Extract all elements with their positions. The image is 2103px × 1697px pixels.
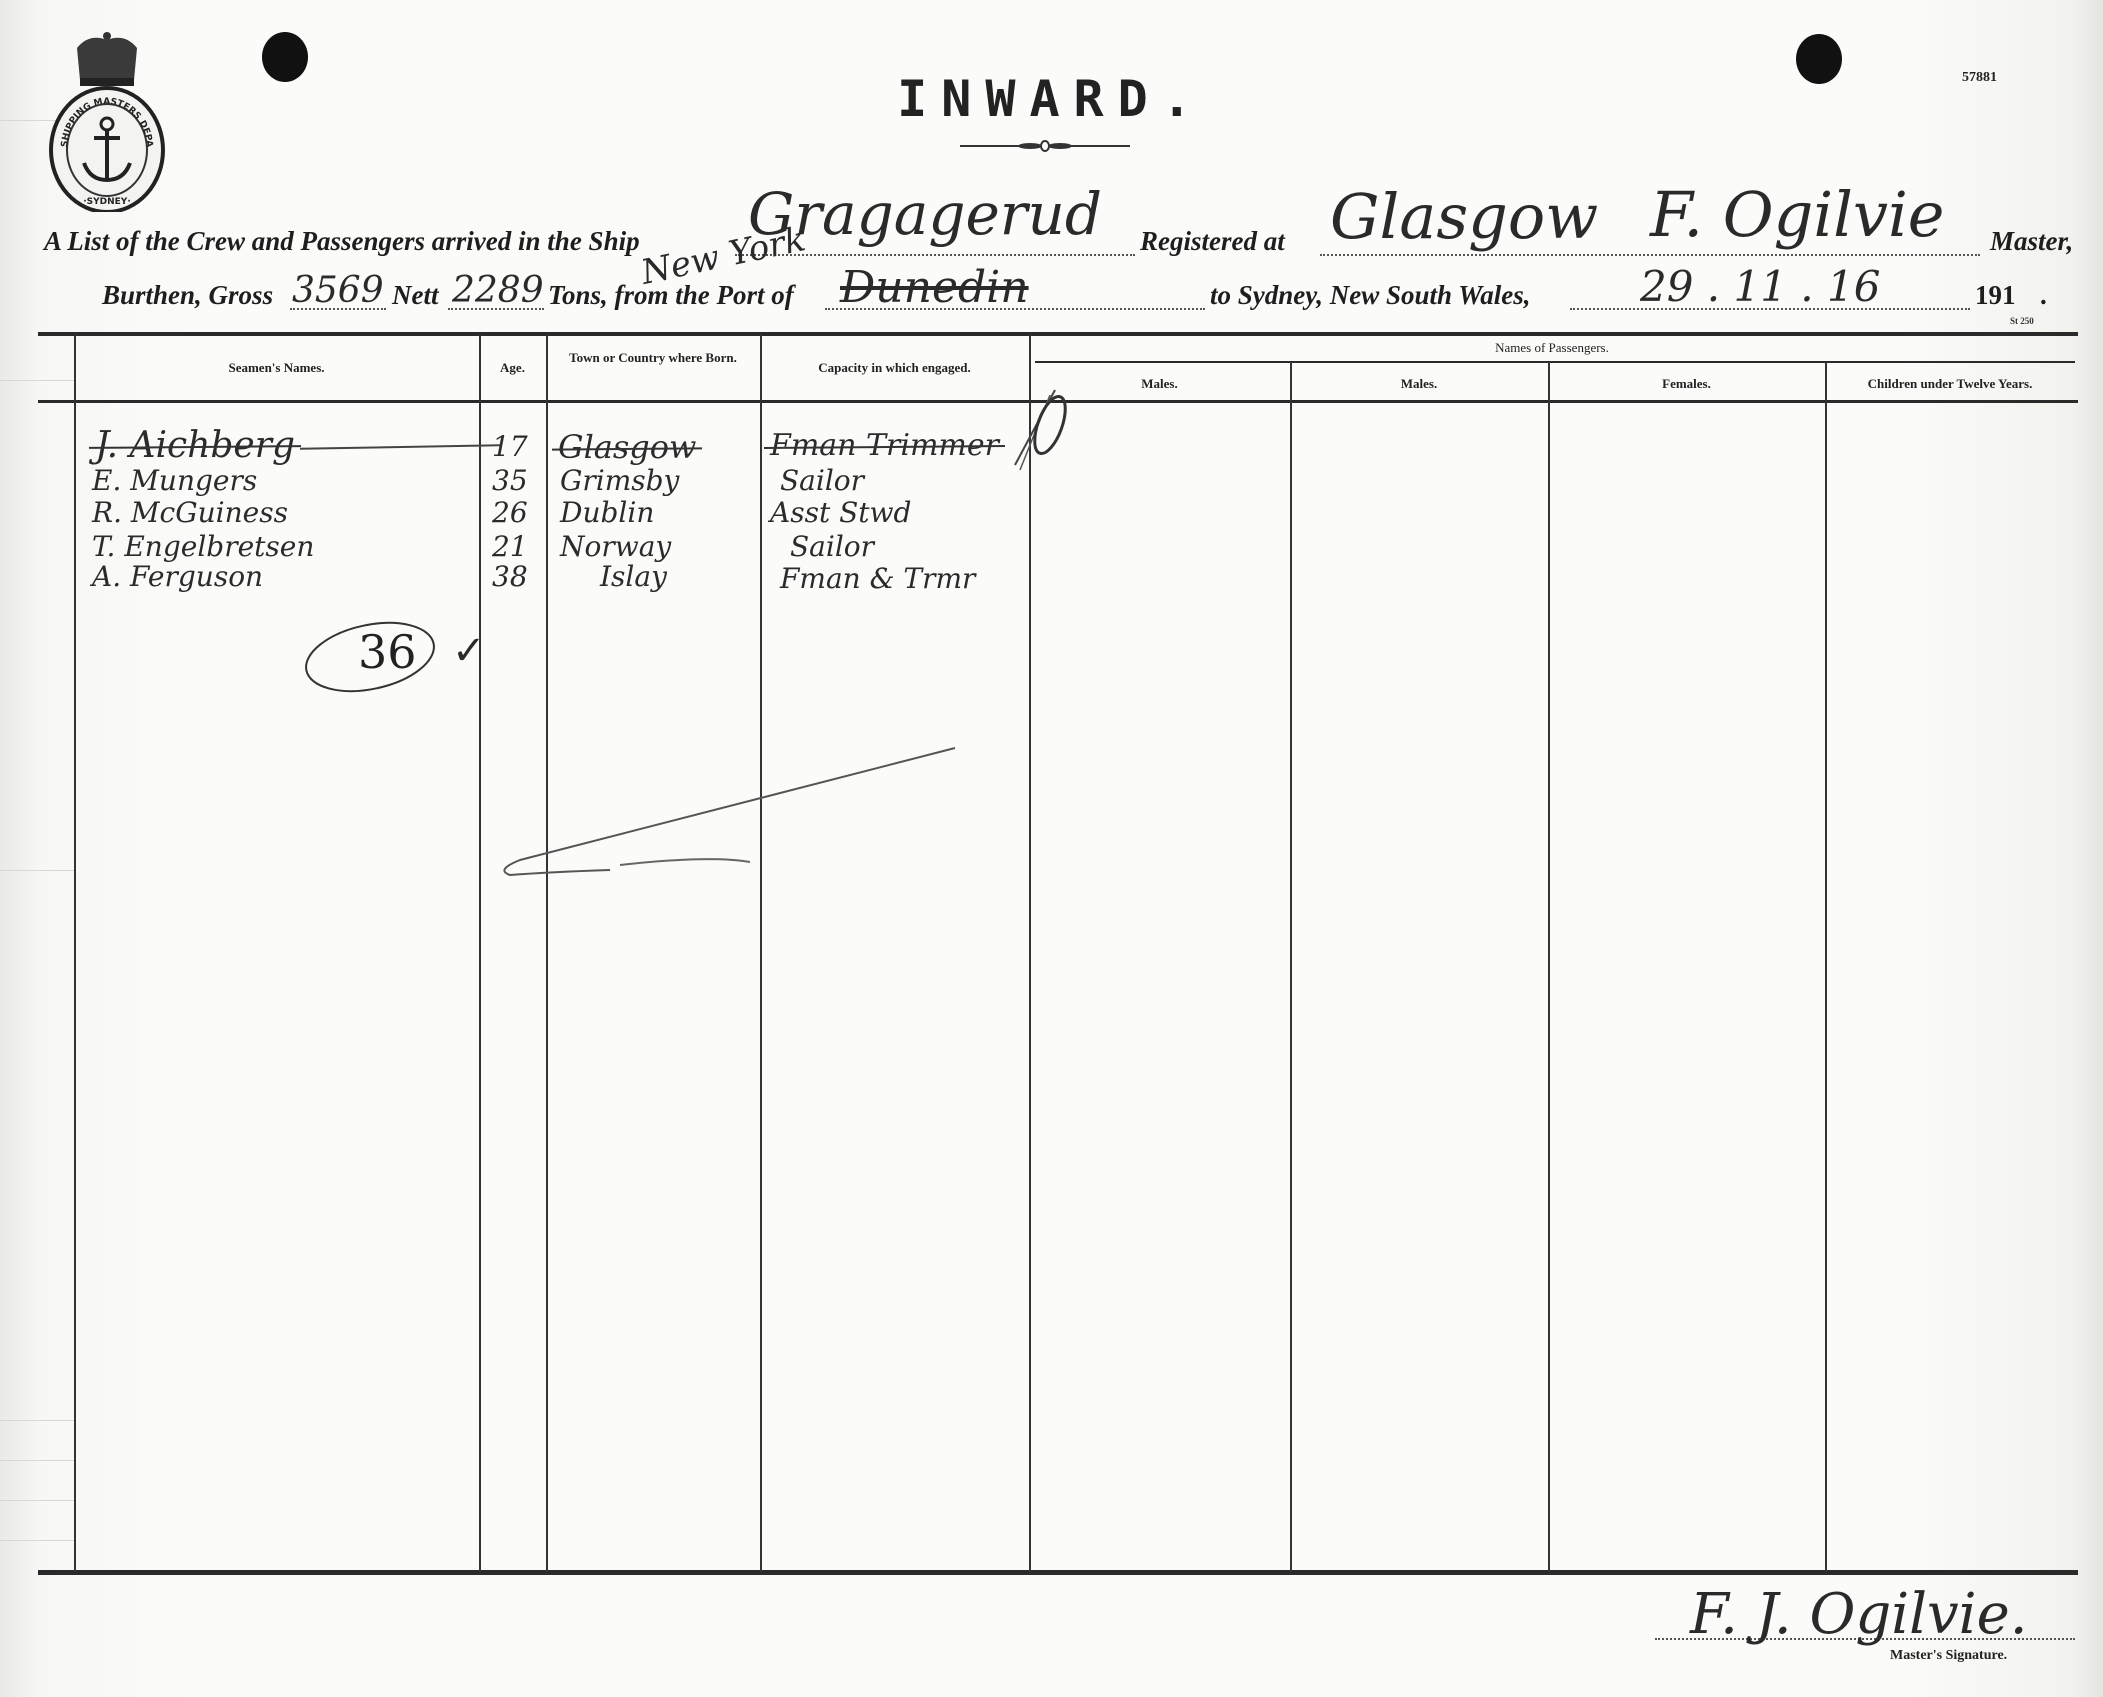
column-divider (546, 334, 548, 1572)
crew-age: 26 (492, 496, 528, 529)
crew-born: Dublin (560, 496, 654, 529)
master-signature-label: Master's Signature. (1890, 1648, 2007, 1664)
crew-capacity: Asst Stwd (770, 496, 911, 529)
margin-rule (0, 1540, 75, 1541)
header-males-2: Males. (1290, 376, 1548, 391)
table-top-rule (38, 332, 2078, 336)
port-original-value[interactable]: Dunedin (840, 262, 1029, 313)
list-heading-prefix: A List of the Crew and Passengers arrive… (44, 226, 640, 257)
year-suffix: . (2040, 280, 2047, 311)
margin-rule (0, 380, 75, 381)
form-code: St 250 (2010, 316, 2034, 326)
crew-capacity: Fman & Trmr (780, 562, 975, 595)
burthen-gross-label: Burthen, Gross (102, 280, 273, 311)
master-name-value[interactable]: F. Ogilvie (1650, 178, 1945, 251)
margin-scribble-mark (1010, 385, 1070, 475)
margin-rule (0, 870, 75, 871)
registered-at-label: Registered at (1140, 226, 1285, 257)
column-divider (1290, 362, 1292, 1572)
crew-born: Norway (560, 530, 671, 563)
crew-age: 21 (492, 530, 528, 563)
crew-name: T. Engelbretsen (92, 530, 314, 563)
crew-capacity: Sailor (790, 530, 874, 563)
form-page: SHIPPING MASTERS DEPARTMENT ·SYDNEY· INW… (0, 0, 2103, 1697)
check-mark-icon: ✓ (452, 628, 486, 674)
passengers-subheader-rule (1035, 361, 2075, 363)
page-title: INWARD. (0, 70, 2103, 128)
margin-rule (0, 1420, 75, 1421)
crew-born: Glasgow (558, 428, 696, 466)
crew-name: A. Ferguson (92, 560, 263, 593)
registered-port-field-line (1320, 254, 1980, 256)
diagonal-cancel-stroke (490, 740, 960, 880)
nett-tons-value[interactable]: 2289 (452, 270, 544, 311)
circled-total-value: 36 (358, 625, 417, 679)
margin-rule (0, 1460, 75, 1461)
crew-age: 35 (492, 464, 528, 497)
margin-rule (0, 1500, 75, 1501)
master-signature-value[interactable]: F. J. Ogilvie. (1690, 1582, 2028, 1647)
column-divider (1825, 362, 1827, 1572)
table-bottom-rule (38, 1570, 2078, 1575)
svg-text:·SYDNEY·: ·SYDNEY· (83, 197, 131, 207)
crew-name: E. Mungers (92, 464, 257, 497)
to-sydney-label: to Sydney, New South Wales, (1210, 280, 1531, 311)
header-females: Females. (1548, 376, 1825, 391)
column-divider (1029, 334, 1031, 1572)
title-ornament-divider (960, 140, 1130, 152)
column-divider (74, 334, 76, 1572)
year-prefix: 191 (1975, 280, 2016, 311)
gross-tons-value[interactable]: 3569 (292, 270, 384, 311)
header-age: Age. (479, 360, 546, 375)
crew-name: R. McGuiness (92, 496, 288, 529)
header-children: Children under Twelve Years. (1825, 376, 2075, 391)
crew-capacity: Fman Trimmer (770, 428, 999, 463)
document-number: 57881 (1962, 70, 1997, 86)
nett-label: Nett (392, 280, 439, 311)
crew-age: 38 (492, 560, 528, 593)
arrival-date-value[interactable]: 29 . 11 . 16 (1640, 262, 1880, 311)
crew-capacity: Sailor (780, 464, 864, 497)
column-divider (760, 334, 762, 1572)
header-seamen-names: Seamen's Names. (74, 360, 479, 375)
column-divider (479, 334, 481, 1572)
crew-born: Grimsby (560, 464, 679, 497)
master-label: Master, (1990, 226, 2073, 257)
registered-port-value[interactable]: Glasgow (1330, 180, 1598, 253)
header-passengers-group: Names of Passengers. (1029, 340, 2075, 355)
crew-age: 17 (492, 430, 528, 463)
header-capacity: Capacity in which engaged. (760, 360, 1029, 375)
header-town-born: Town or Country where Born. (566, 350, 740, 365)
column-divider (1548, 362, 1550, 1572)
strikethrough-line (300, 444, 500, 449)
crew-born: Islay (600, 560, 667, 593)
crew-name: J. Aichberg (95, 425, 295, 466)
